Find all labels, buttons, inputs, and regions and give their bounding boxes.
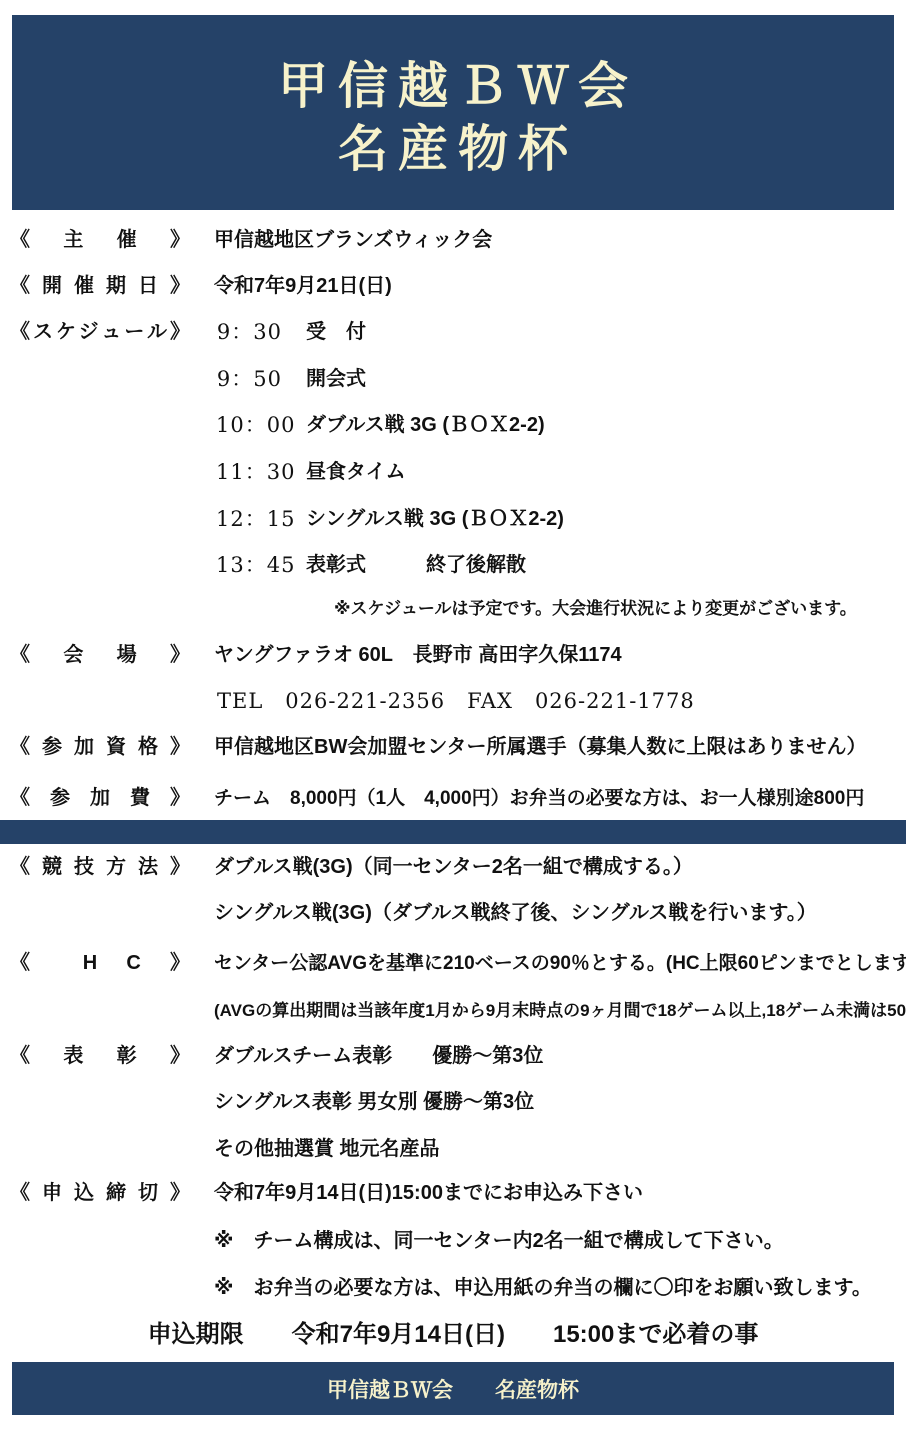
- handicap-label: 《 H C 》: [10, 951, 190, 976]
- deadline-note-1: ※ チーム構成は、同一センター内2名一組で構成して下さい。: [214, 1229, 894, 1254]
- schedule-item-time: 9：50: [216, 367, 282, 392]
- handicap-note: (AVGの算出期間は当該年度1月から9月末時点の9ヶ月間で18ゲーム以上,18ゲ…: [214, 1000, 894, 1022]
- handicap-value: センター公認AVGを基準に210ベースの90％とする。(HC上限60ピンまでとし…: [214, 951, 906, 976]
- deadline-note-2: ※ お弁当の必要な方は、申込用紙の弁当の欄に〇印をお願い致します。: [214, 1276, 894, 1301]
- schedule-item-time: 12：15: [216, 507, 282, 532]
- venue-tel-fax: TEL 026-221-2356 FAX 026-221-1778: [217, 689, 894, 714]
- deadline-banner: 申込期限 令和7年9月14日(日) 15:00まで必着の事: [12, 1320, 894, 1350]
- awards-label: 《 表 彰 》: [10, 1044, 190, 1069]
- schedule-item-time: 13：45: [216, 553, 282, 578]
- eligibility-value: 甲信越地区BW会加盟センター所属選手（募集人数に上限はありません）: [214, 735, 867, 760]
- organizer-label: 《 主 催 》: [10, 228, 190, 253]
- eligibility-row: 《 参 加 資 格 》 甲信越地区BW会加盟センター所属選手（募集人数に上限はあ…: [10, 735, 894, 760]
- venue-value: ヤングファラオ 60L 長野市 高田字久保1174: [214, 643, 622, 668]
- method-row-2: シングルス戦(3G)（ダブルス戦終了後、シングルス戦を行います。）: [10, 901, 894, 926]
- method-label: 《 競 技 方 法 》: [10, 855, 190, 880]
- schedule-item-activity: 開会式: [306, 367, 366, 392]
- venue-label: 《 会 場 》: [10, 643, 190, 668]
- deadline-label: 《 申 込 締 切 》: [10, 1181, 190, 1206]
- schedule-row-3: 10：00 ダブルス戦 3G (ＢＯＸ2-2): [10, 413, 894, 438]
- schedule-row-4: 11：30 昼食タイム: [10, 460, 894, 485]
- awards-line2: シングルス表彰 男女別 優勝～第3位: [214, 1090, 534, 1115]
- schedule-row-1: 《スケジュール》 9：30 受 付: [10, 320, 894, 345]
- organizer-value: 甲信越地区ブランズウィック会: [214, 228, 492, 253]
- fee-value: チーム 8,000円（1人 4,000円）お弁当の必要な方は、お一人様別途800…: [214, 786, 864, 811]
- fee-row: 《 参 加 費 》 チーム 8,000円（1人 4,000円）お弁当の必要な方は…: [10, 786, 894, 811]
- schedule-item-time: 9：30: [216, 320, 282, 345]
- divider-bar: [0, 820, 906, 844]
- fee-label: 《 参 加 費 》: [10, 786, 190, 811]
- date-value: 令和7年9月21日(日): [214, 274, 392, 299]
- awards-line3: その他抽選賞 地元名産品: [214, 1137, 440, 1162]
- handicap-row: 《 H C 》 センター公認AVGを基準に210ベースの90％とする。(HC上限…: [10, 951, 894, 976]
- method-line1: ダブルス戦(3G)（同一センター2名一組で構成する。）: [214, 855, 693, 880]
- deadline-row: 《 申 込 締 切 》 令和7年9月14日(日)15:00までにお申込み下さい: [10, 1181, 894, 1206]
- footer-title: 甲信越ＢＷ会 名産物杯: [327, 1374, 579, 1404]
- title-line1: 甲信越ＢＷ会: [268, 55, 638, 118]
- schedule-item-activity: 表彰式 終了後解散: [306, 553, 526, 578]
- method-line2: シングルス戦(3G)（ダブルス戦終了後、シングルス戦を行います。）: [214, 901, 817, 926]
- date-row: 《 開 催 期 日 》 令和7年9月21日(日): [10, 274, 894, 299]
- schedule-row-6: 13：45 表彰式 終了後解散: [10, 553, 894, 578]
- schedule-item-time: 11：30: [216, 460, 282, 485]
- schedule-note: ※スケジュールは予定です。大会進行状況により変更がございます。: [334, 598, 894, 620]
- eligibility-label: 《 参 加 資 格 》: [10, 735, 190, 760]
- awards-row-2: シングルス表彰 男女別 優勝～第3位: [10, 1090, 894, 1115]
- header-banner: 甲信越ＢＷ会 名産物杯: [12, 15, 894, 210]
- deadline-value: 令和7年9月14日(日)15:00までにお申込み下さい: [214, 1181, 643, 1206]
- schedule-item-activity: ダブルス戦 3G (ＢＯＸ2-2): [306, 413, 545, 438]
- awards-row-3: その他抽選賞 地元名産品: [10, 1137, 894, 1162]
- date-label: 《 開 催 期 日 》: [10, 274, 190, 299]
- venue-row: 《 会 場 》 ヤングファラオ 60L 長野市 高田字久保1174: [10, 643, 894, 668]
- schedule-item-activity: 受 付: [306, 320, 366, 345]
- footer-banner: 甲信越ＢＷ会 名産物杯: [12, 1362, 894, 1415]
- method-row-1: 《 競 技 方 法 》 ダブルス戦(3G)（同一センター2名一組で構成する。）: [10, 855, 894, 880]
- schedule-row-5: 12：15 シングルス戦 3G (ＢＯＸ2-2): [10, 507, 894, 532]
- schedule-row-2: 9：50 開会式: [10, 367, 894, 392]
- flyer-page: 甲信越ＢＷ会 名産物杯 《 主 催 》 甲信越地区ブランズウィック会 《 開 催…: [0, 0, 906, 1430]
- schedule-label: 《スケジュール》: [10, 320, 190, 345]
- schedule-item-time: 10：00: [216, 413, 282, 438]
- schedule-item-activity: シングルス戦 3G (ＢＯＸ2-2): [306, 507, 564, 532]
- awards-line1: ダブルスチーム表彰 優勝～第3位: [214, 1044, 543, 1069]
- title-line2: 名産物杯: [328, 118, 578, 181]
- organizer-row: 《 主 催 》 甲信越地区ブランズウィック会: [10, 228, 894, 253]
- awards-row-1: 《 表 彰 》 ダブルスチーム表彰 優勝～第3位: [10, 1044, 894, 1069]
- schedule-item-activity: 昼食タイム: [306, 460, 406, 485]
